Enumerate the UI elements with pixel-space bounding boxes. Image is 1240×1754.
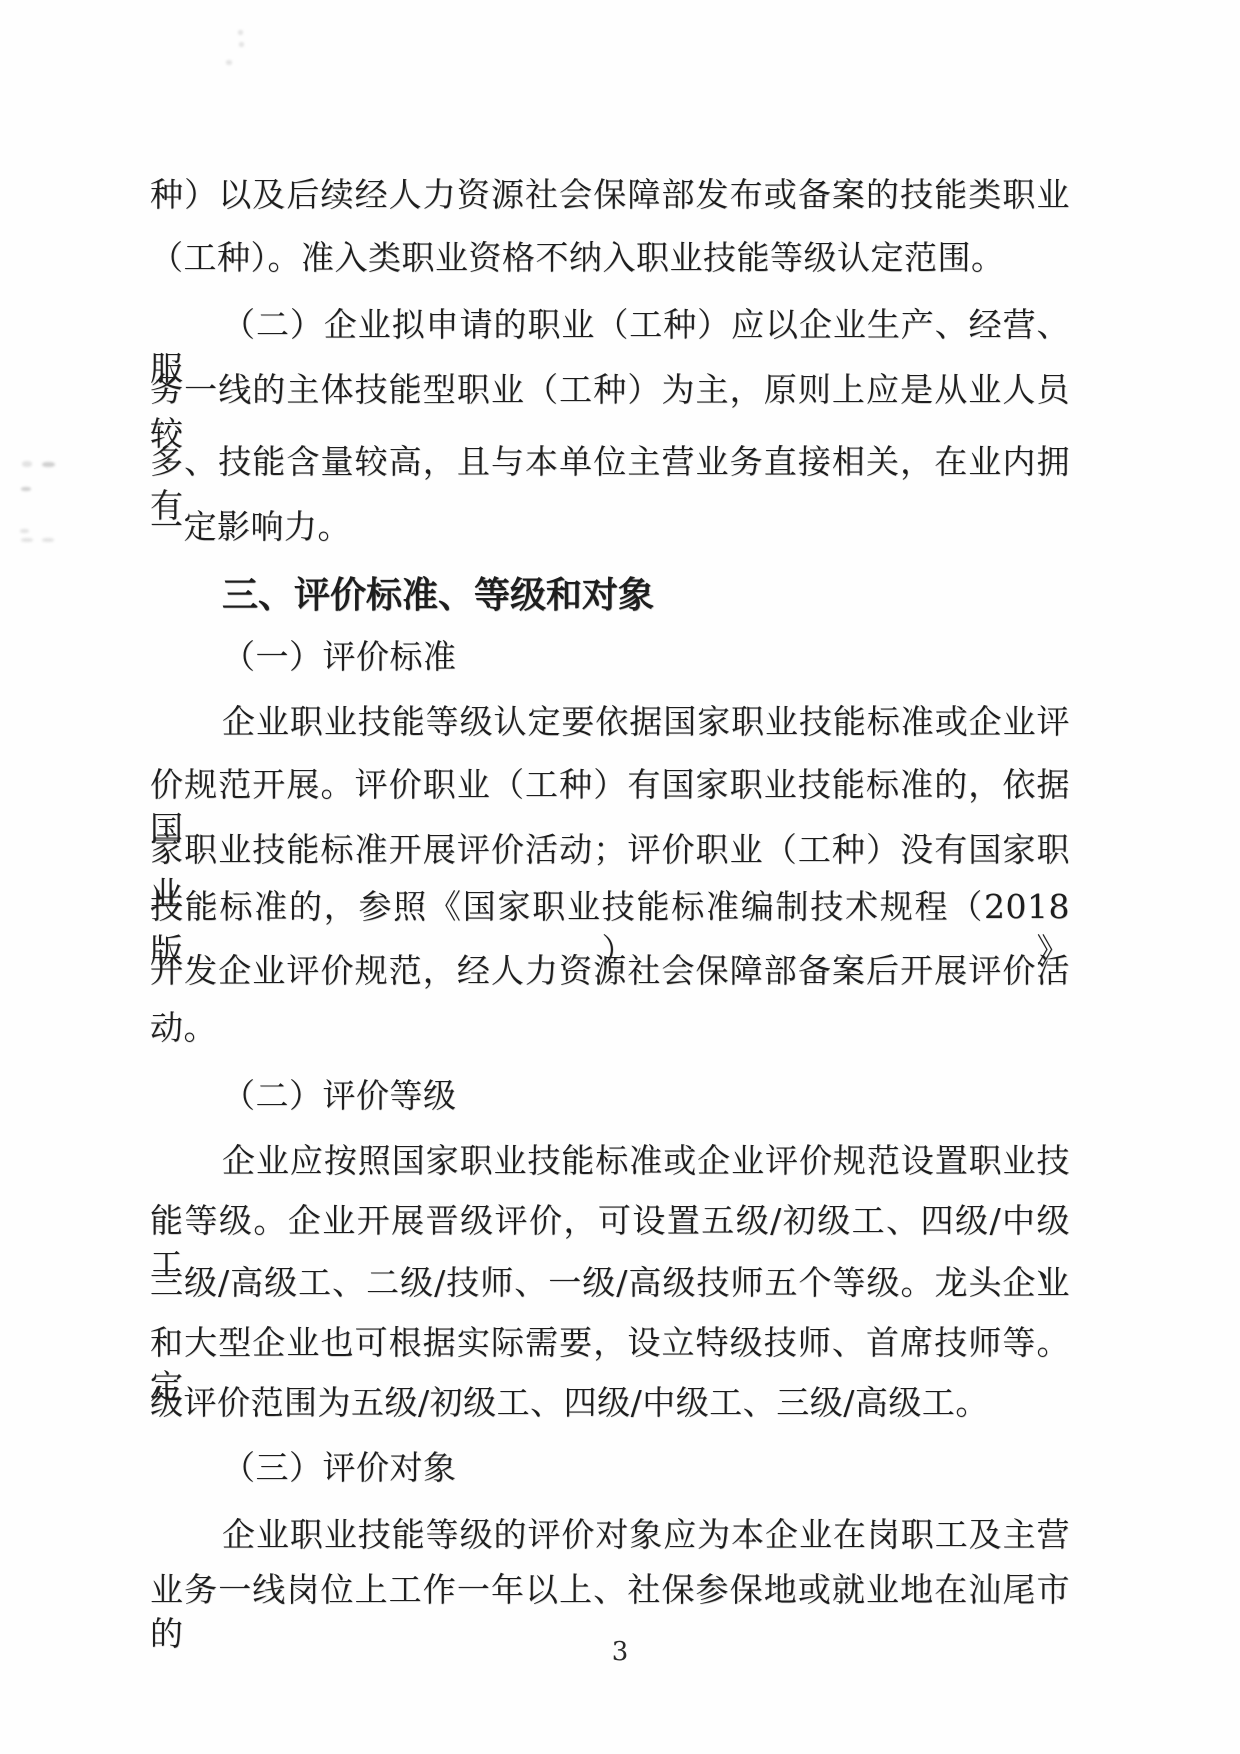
body-line: 企业职业技能等级认定要依据国家职业技能标准或企业评 [150, 700, 1070, 744]
scan-smudge [20, 529, 29, 533]
body-line: 级评价范围为五级/初级工、四级/中级工、三级/高级工。 [150, 1381, 1070, 1425]
body-line: 三级/高级工、二级/技师、一级/高级技师五个等级。龙头企业 [150, 1261, 1070, 1305]
scan-smudge [238, 30, 243, 35]
subsection-heading: （一）评价标准 [150, 635, 1070, 679]
body-line: 一定影响力。 [150, 505, 1070, 549]
section-heading: 三、评价标准、等级和对象 [150, 574, 1070, 618]
subsection-heading: （二）评价等级 [150, 1074, 1070, 1118]
page-number: 3 [0, 1636, 1240, 1668]
body-line: 企业应按照国家职业技能标准或企业评价规范设置职业技 [150, 1139, 1070, 1183]
body-line: 种）以及后续经人力资源社会保障部发布或备案的技能类职业 [150, 173, 1070, 217]
body-line: （工种）。准入类职业资格不纳入职业技能等级认定范围。 [150, 236, 1070, 280]
scanned-document-page: 种）以及后续经人力资源社会保障部发布或备案的技能类职业 （工种）。准入类职业资格… [0, 0, 1240, 1754]
scan-smudge [22, 461, 32, 467]
scan-smudge [21, 487, 31, 491]
body-line: 开发企业评价规范，经人力资源社会保障部备案后开展评价活 [150, 949, 1070, 993]
body-line: 企业职业技能等级的评价对象应为本企业在岗职工及主营 [150, 1513, 1070, 1557]
scan-smudge [42, 538, 54, 542]
scan-smudge [226, 60, 232, 65]
scan-smudge [239, 42, 244, 47]
scan-smudge [42, 462, 55, 467]
scan-smudge [21, 538, 33, 542]
body-line: 动。 [150, 1006, 1070, 1050]
subsection-heading: （三）评价对象 [150, 1446, 1070, 1490]
